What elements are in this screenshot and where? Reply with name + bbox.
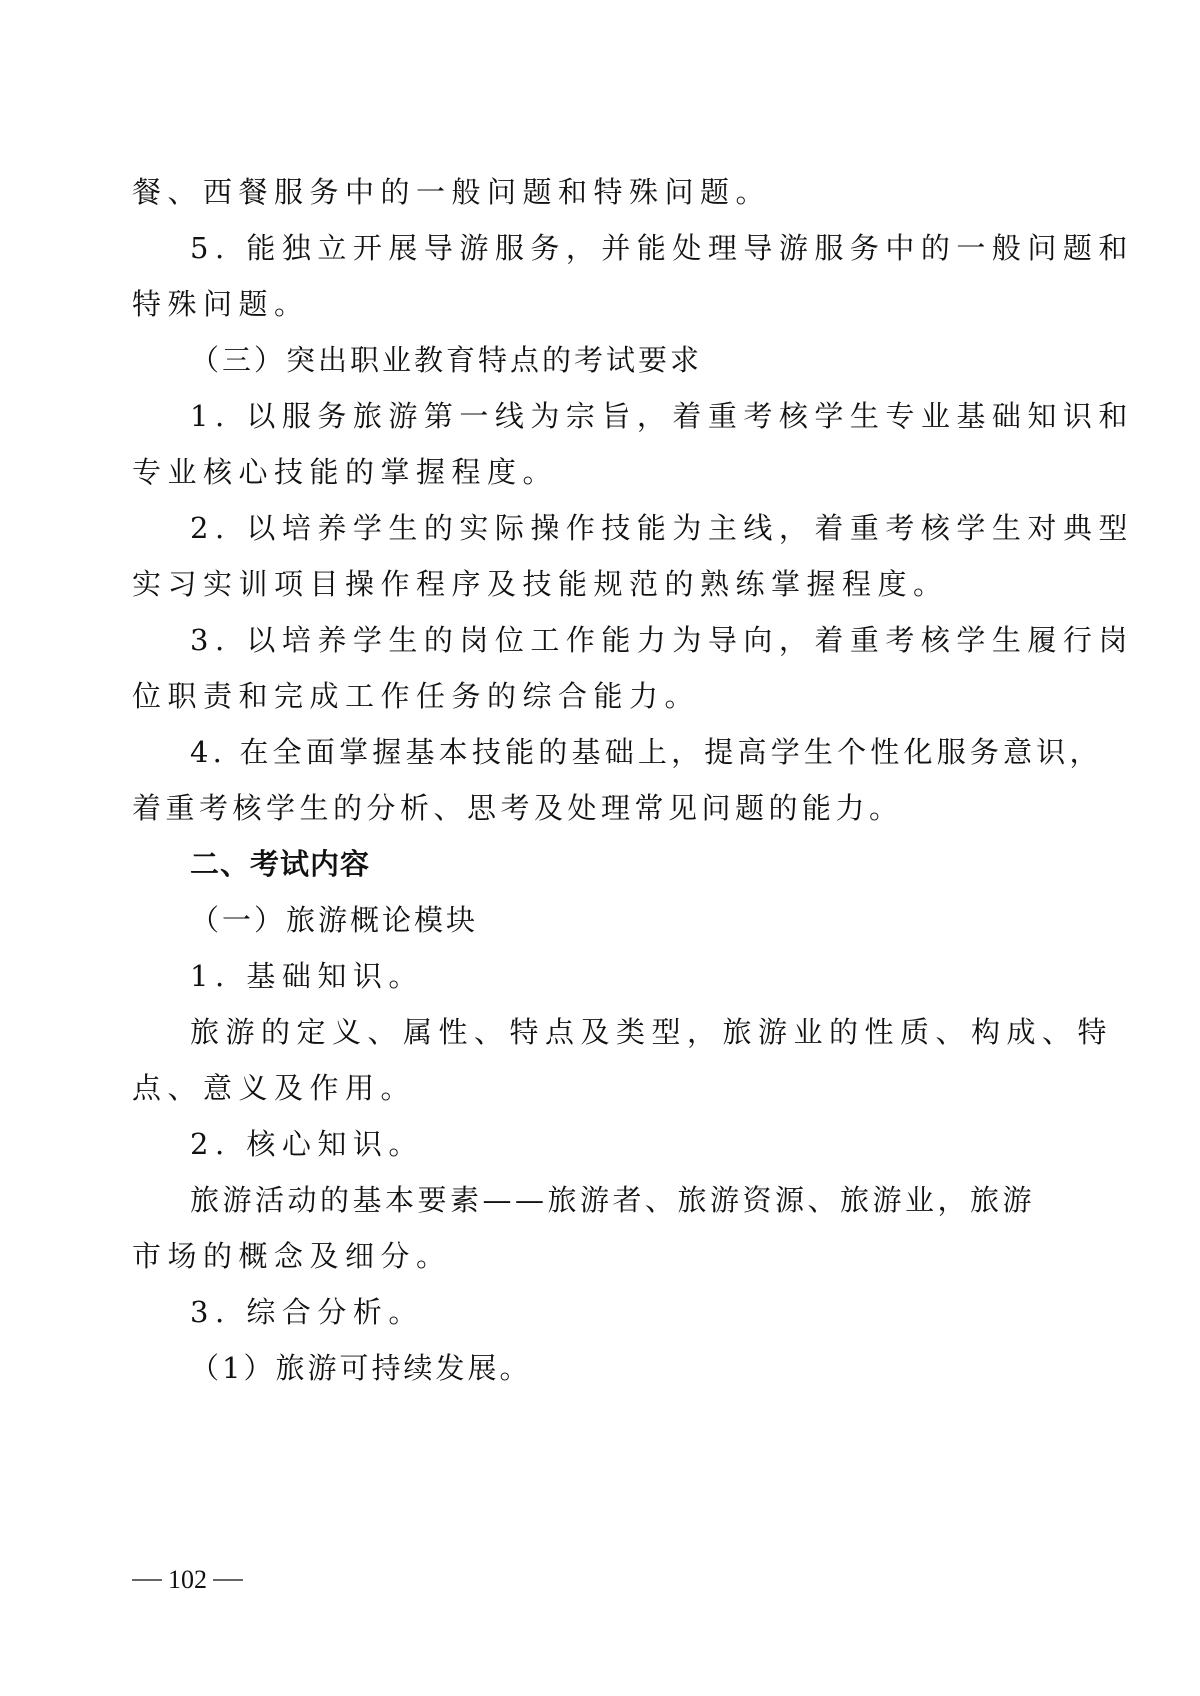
paragraph-line: 餐、西餐服务中的一般问题和特殊问题。 [132, 172, 1072, 212]
dash-left [132, 1579, 162, 1581]
paragraph-line: 旅游的定义、属性、特点及类型，旅游业的性质、构成、特 [190, 1012, 1130, 1052]
paragraph-line: 着重考核学生的分析、思考及处理常见问题的能力。 [132, 788, 1072, 828]
list-item-4: 4. 在全面掌握基本技能的基础上，提高学生个性化服务意识， [190, 732, 1130, 772]
sub-list-item-1: （1）旅游可持续发展。 [190, 1348, 1130, 1388]
document-page: 餐、西餐服务中的一般问题和特殊问题。 5. 能独立开展导游服务，并能处理导游服务… [0, 0, 1200, 1696]
paragraph-line: 市场的概念及细分。 [132, 1236, 1072, 1276]
paragraph-line: 位职责和完成工作任务的综合能力。 [132, 676, 1072, 716]
paragraph-line: 点、意义及作用。 [132, 1068, 1072, 1108]
list-item-3: 3. 以培养学生的岗位工作能力为导向，着重考核学生履行岗 [190, 620, 1130, 660]
section-heading-3: （三）突出职业教育特点的考试要求 [190, 340, 1130, 380]
chapter-heading: 二、考试内容 [190, 844, 1130, 884]
paragraph-line: 特殊问题。 [132, 284, 1072, 324]
list-item-1: 1. 以服务旅游第一线为宗旨，着重考核学生专业基础知识和 [190, 396, 1130, 436]
list-item-2: 2. 以培养学生的实际操作技能为主线，着重考核学生对典型 [190, 508, 1130, 548]
paragraph-line: 专业核心技能的掌握程度。 [132, 452, 1072, 492]
page-number: 102 [132, 1562, 243, 1598]
list-item-5: 5. 能独立开展导游服务，并能处理导游服务中的一般问题和 [190, 228, 1130, 268]
paragraph-line: 旅游活动的基本要素——旅游者、旅游资源、旅游业，旅游 [190, 1180, 1130, 1220]
paragraph-line: 实习实训项目操作程序及技能规范的熟练掌握程度。 [132, 564, 1072, 604]
module-heading: （一）旅游概论模块 [190, 900, 1130, 940]
page-number-text: 102 [168, 1562, 207, 1598]
list-item-3: 3. 综合分析。 [190, 1292, 1130, 1332]
dash-right [213, 1579, 243, 1581]
list-item-2: 2. 核心知识。 [190, 1124, 1130, 1164]
list-item-1: 1. 基础知识。 [190, 956, 1130, 996]
